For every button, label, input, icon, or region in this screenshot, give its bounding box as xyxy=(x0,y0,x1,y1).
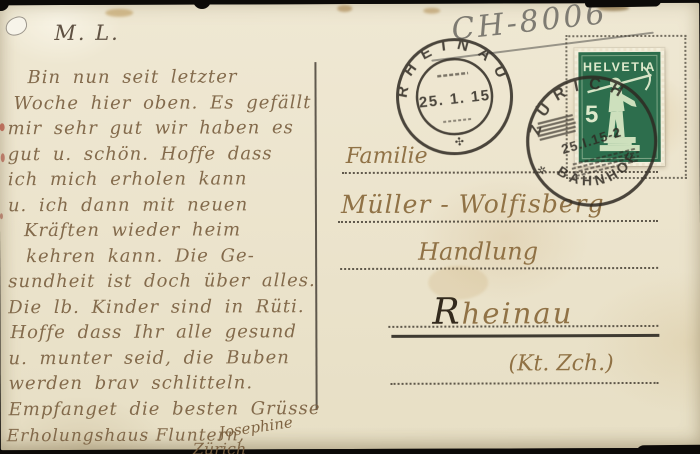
edge-speck xyxy=(1,153,5,162)
address-underline xyxy=(391,334,659,338)
message-line: gut u. schön. Hoffe dass xyxy=(8,141,310,168)
postmark-town-label: ZÜRICH xyxy=(517,67,639,141)
message-line: Woche hier oben. Es gefällt xyxy=(8,90,310,117)
message-line: Die lb. Kinder sind in Rüti. xyxy=(8,294,310,321)
address-canton: (Kt. Zch.) xyxy=(508,351,613,376)
edge-speck xyxy=(0,123,5,131)
message-text: Bin nun seit letzter Woche hier oben. Es… xyxy=(7,64,310,422)
address-town: Rheinau xyxy=(432,289,573,332)
message-line: kehren kann. Die Ge- xyxy=(8,243,310,270)
postmark-star-icon: ✲ xyxy=(536,164,548,178)
sender-initials: M. L. xyxy=(54,21,120,45)
postmark-date: 25. 1. 15 xyxy=(418,87,491,112)
message-line: Bin nun seit letzter xyxy=(7,64,309,91)
postmark-ornament-icon: ✣ xyxy=(454,136,464,149)
message-line: werden brav schlitteln. xyxy=(9,370,311,397)
message-line: ich mich erholen kann xyxy=(8,166,310,193)
message-line: Hoffe dass Ihr alle gesund xyxy=(8,319,310,346)
address-dotted-line xyxy=(338,220,658,223)
zurich-bahnhof-postmark: ZÜRICH 25.I.15-2 ✲ BAHNHOF xyxy=(517,67,666,216)
postcard-paper: M. L. Bin nun seit letzter Woche hier ob… xyxy=(0,3,700,450)
rheinau-postmark: RHEINAU 25. 1. 15 ✣ xyxy=(389,31,519,161)
message-line: Kräften wieder heim xyxy=(8,217,310,244)
message-line: u. munter seid, die Buben xyxy=(8,345,310,372)
postcard-scan: M. L. Bin nun seit letzter Woche hier ob… xyxy=(0,0,700,454)
paper-stain xyxy=(337,5,352,12)
paper-stain xyxy=(105,9,133,17)
address-dotted-line xyxy=(391,382,659,385)
torn-corner-spot xyxy=(3,15,29,38)
message-line: mir sehr gut wir haben es xyxy=(8,115,310,142)
svg-text:ZÜRICH: ZÜRICH xyxy=(517,67,639,141)
address-occupation: Handlung xyxy=(418,237,538,265)
paper-stain xyxy=(423,8,440,14)
address-dotted-line xyxy=(340,267,658,270)
edge-speck xyxy=(0,213,3,219)
center-divider-line xyxy=(314,62,317,410)
message-line: u. ich dann mit neuen xyxy=(8,192,310,219)
message-line: sundheit ist doch über alles. xyxy=(8,268,310,295)
